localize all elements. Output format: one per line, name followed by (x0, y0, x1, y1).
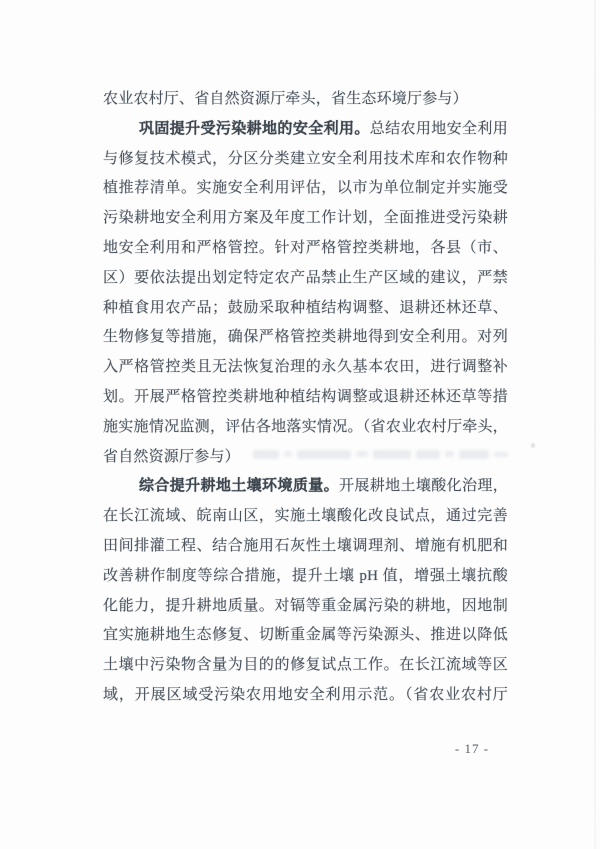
text-line: 与修复技术模式，分区分类建立安全利用技术库和农作物种 (103, 145, 508, 175)
bleedthrough-blob (373, 450, 411, 459)
bleedthrough-blob (253, 450, 279, 459)
text-run: 宜实施耕地生态修复、切断重金属等污染源头、推进以降低 (103, 627, 508, 643)
text-run: 划。开展严格管控类耕地种植结构调整或退耕还林还草等措 (103, 389, 508, 405)
text-line: 农业农村厅、省自然资源厅牵头，省生态环境厅参与） (103, 85, 508, 115)
text-line: 区）要依法提出划定特定农产品禁止生产区域的建议，严禁 (103, 264, 508, 294)
text-run: 施实施情况监测，评估各地落实情况。（省农业农村厅牵头， (103, 419, 508, 435)
bleedthrough-blob (416, 450, 440, 459)
text-run: 入严格管控类且无法恢复治理的永久基本农田，进行调整补 (103, 359, 508, 375)
text-line: 改善耕作制度等综合措施，提升土壤 pH 值，增强土壤抗酸 (103, 562, 508, 592)
text-line: 地安全利用和严格管控。针对严格管控类耕地，各县（市、 (103, 234, 508, 264)
text-run: 改善耕作制度等综合措施，提升土壤 pH 值，增强土壤抗酸 (103, 568, 508, 584)
bleedthrough-blob (356, 451, 368, 457)
page-number: - 17 - (450, 741, 494, 757)
page-bleedthrough-artifact (253, 447, 525, 461)
text-line: 污染耕地安全利用方案及年度工作计划，全面推进受污染耕 (103, 204, 508, 234)
text-line: 种植食用农产品；鼓励采取种植结构调整、退耕还林还草、 (103, 294, 508, 324)
bleedthrough-blob (297, 450, 351, 459)
text-line: 在长江流域、皖南山区，实施土壤酸化改良试点，通过完善 (103, 502, 508, 532)
bleedthrough-blob (284, 451, 292, 457)
text-run: 农业农村厅、省自然资源厅牵头，省生态环境厅参与） (103, 91, 468, 107)
paragraph-lead: 综合提升耕地土壤环境质量。 (139, 478, 339, 494)
text-line: 域，开展区域受污染农用地安全利用示范。（省农业农村厅 (103, 681, 508, 711)
text-run: 田间排灌工程、结合施用石灰性土壤调理剂、增施有机肥和 (103, 538, 508, 554)
text-run: 化能力，提升耕地质量。对镉等重金属污染的耕地，因地制 (103, 598, 508, 614)
text-line: 化能力，提升耕地质量。对镉等重金属污染的耕地，因地制 (103, 592, 508, 622)
text-line: 田间排灌工程、结合施用石灰性土壤调理剂、增施有机肥和 (103, 532, 508, 562)
scan-speck-artifact (531, 443, 535, 448)
text-run: 开展耕地土壤酸化治理， (339, 478, 508, 494)
text-run: 在长江流域、皖南山区，实施土壤酸化改良试点，通过完善 (103, 508, 508, 524)
text-run: 生物修复等措施，确保严格管控类耕地得到安全利用。对列 (103, 329, 508, 345)
text-run: 污染耕地安全利用方案及年度工作计划，全面推进受污染耕 (103, 210, 508, 226)
bleedthrough-blob (445, 451, 454, 457)
text-line: 植推荐清单。实施安全利用评估，以市为单位制定并实施受 (103, 174, 508, 204)
text-line: 划。开展严格管控类耕地种植结构调整或退耕还林还草等措 (103, 383, 508, 413)
text-run: 区）要依法提出划定特定农产品禁止生产区域的建议，严禁 (103, 270, 508, 286)
document-body: 农业农村厅、省自然资源厅牵头，省生态环境厅参与）巩固提升受污染耕地的安全利用。总… (103, 85, 508, 711)
text-line: 施实施情况监测，评估各地落实情况。（省农业农村厅牵头， (103, 413, 508, 443)
text-line: 入严格管控类且无法恢复治理的永久基本农田，进行调整补 (103, 353, 508, 383)
text-run: 土壤中污染物含量为目的的修复试点工作。在长江流域等区 (103, 657, 508, 673)
text-run: 地安全利用和严格管控。针对严格管控类耕地，各县（市、 (103, 240, 508, 256)
text-run: 省自然资源厅参与） (103, 449, 240, 465)
text-run: 域，开展区域受污染农用地安全利用示范。（省农业农村厅 (103, 687, 508, 703)
text-line: 生物修复等措施，确保严格管控类耕地得到安全利用。对列 (103, 323, 508, 353)
scan-edge-artifact (594, 0, 596, 849)
text-line: 土壤中污染物含量为目的的修复试点工作。在长江流域等区 (103, 651, 508, 681)
text-line: 宜实施耕地生态修复、切断重金属等污染源头、推进以降低 (103, 621, 508, 651)
text-run: 种植食用农产品；鼓励采取种植结构调整、退耕还林还草、 (103, 300, 508, 316)
bleedthrough-blob (459, 450, 489, 459)
text-run: 植推荐清单。实施安全利用评估，以市为单位制定并实施受 (103, 180, 508, 196)
text-line: 综合提升耕地土壤环境质量。开展耕地土壤酸化治理， (103, 472, 508, 502)
text-run: 与修复技术模式，分区分类建立安全利用技术库和农作物种 (103, 151, 508, 167)
bleedthrough-blob (494, 452, 508, 457)
text-line: 巩固提升受污染耕地的安全利用。总结农用地安全利用 (103, 115, 508, 145)
text-run: 总结农用地安全利用 (370, 121, 508, 137)
paragraph-lead: 巩固提升受污染耕地的安全利用。 (139, 121, 370, 137)
document-page: 农业农村厅、省自然资源厅牵头，省生态环境厅参与）巩固提升受污染耕地的安全利用。总… (0, 0, 600, 849)
